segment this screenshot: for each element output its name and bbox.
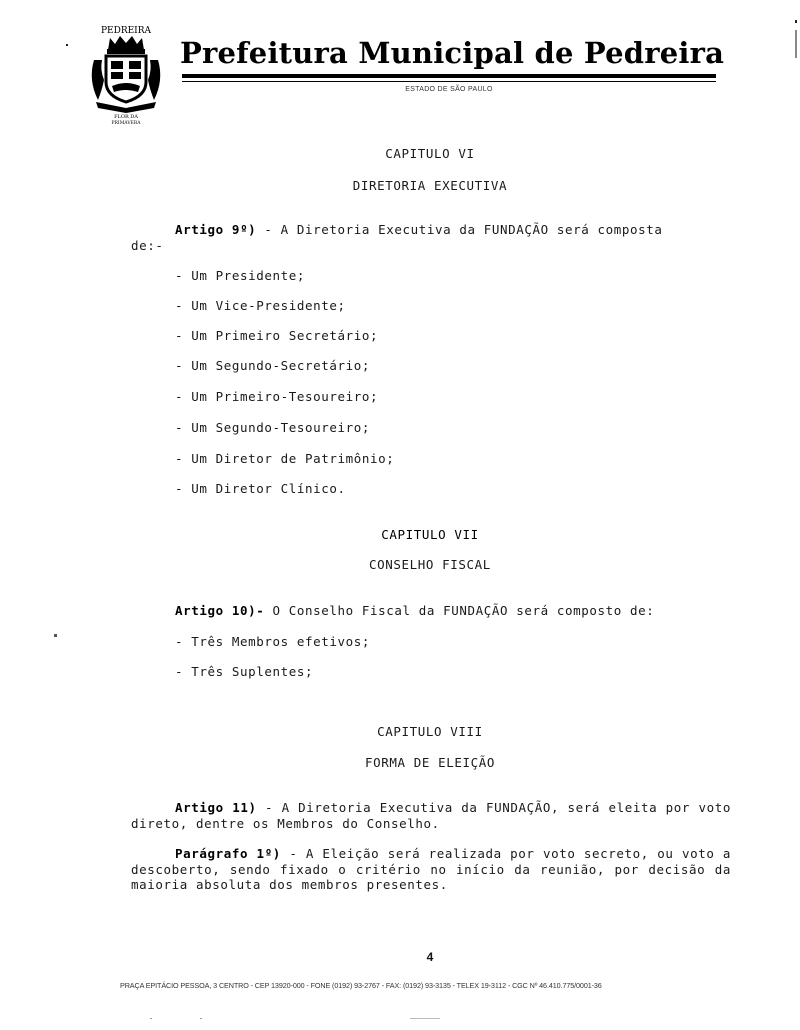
list-item: - Um Primeiro Secretário;	[175, 328, 378, 343]
chapter-title: FORMA DE ELEIÇÃO	[0, 755, 800, 770]
list-item: - Um Presidente;	[175, 268, 305, 283]
letterhead-footer: PRAÇA EPITÁCIO PESSOA, 3 CENTRO - CEP 13…	[120, 981, 700, 990]
scan-speck	[410, 1018, 440, 1019]
page-number: 4	[0, 950, 800, 964]
list-item: - Um Segundo-Secretário;	[175, 358, 370, 373]
svg-text:FLOR DA: FLOR DA	[114, 114, 138, 120]
article-label: Artigo 10)-	[175, 603, 264, 618]
article-text: - A Diretoria Executiva da FUNDAÇÃO será…	[256, 222, 662, 237]
article-label: Artigo 11)	[175, 800, 257, 815]
letterhead-rule-thick	[182, 74, 716, 78]
chapter-heading: CAPITULO VII	[0, 527, 800, 542]
article-9: Artigo 9º) - A Diretoria Executiva da FU…	[175, 222, 663, 237]
list-item: - Um Segundo-Tesoureiro;	[175, 420, 370, 435]
chapter-title: CONSELHO FISCAL	[0, 557, 800, 572]
coat-of-arms-logo: PEDREIRA FLOR DA PRIMAVERA	[80, 20, 172, 124]
letterhead-rule-thin	[182, 81, 716, 82]
paragraph-1: Parágrafo 1º) - A Eleição será realizada…	[131, 846, 731, 893]
document-page: PEDREIRA FLOR DA PRIMAVERA Prefeitura Mu…	[0, 0, 800, 1030]
letterhead-title: Prefeitura Municipal de Pedreira	[180, 36, 720, 70]
article-11: Artigo 11) - A Diretoria Executiva da FU…	[131, 800, 731, 831]
scan-speck	[66, 44, 68, 46]
chapter-heading: CAPITULO VIII	[0, 724, 800, 739]
article-label: Artigo 9º)	[175, 222, 256, 237]
scan-edge-mark	[795, 30, 797, 58]
svg-text:PEDREIRA: PEDREIRA	[101, 26, 152, 36]
letterhead-subtitle: ESTADO DE SÃO PAULO	[182, 86, 716, 93]
chapter-heading: CAPITULO VI	[0, 146, 800, 161]
scan-speck	[54, 634, 57, 637]
article-text: O Conselho Fiscal da FUNDAÇÃO será compo…	[264, 603, 654, 618]
list-item: - Três Membros efetivos;	[175, 634, 370, 649]
scan-speck	[150, 1018, 152, 1019]
list-item: - Um Diretor Clínico.	[175, 481, 346, 496]
crest-icon: PEDREIRA FLOR DA PRIMAVERA	[80, 20, 172, 124]
scan-speck	[795, 20, 797, 23]
svg-text:PRIMAVERA: PRIMAVERA	[112, 120, 142, 124]
list-item: - Três Suplentes;	[175, 664, 313, 679]
article-10: Artigo 10)- O Conselho Fiscal da FUNDAÇÃ…	[175, 603, 654, 618]
article-9-continuation: de:-	[131, 238, 164, 253]
list-item: - Um Diretor de Patrimônio;	[175, 451, 394, 466]
paragraph-label: Parágrafo 1º)	[175, 846, 281, 861]
scan-speck	[200, 1018, 202, 1019]
chapter-title: DIRETORIA EXECUTIVA	[0, 178, 800, 193]
list-item: - Um Vice-Presidente;	[175, 298, 346, 313]
list-item: - Um Primeiro-Tesoureiro;	[175, 389, 378, 404]
